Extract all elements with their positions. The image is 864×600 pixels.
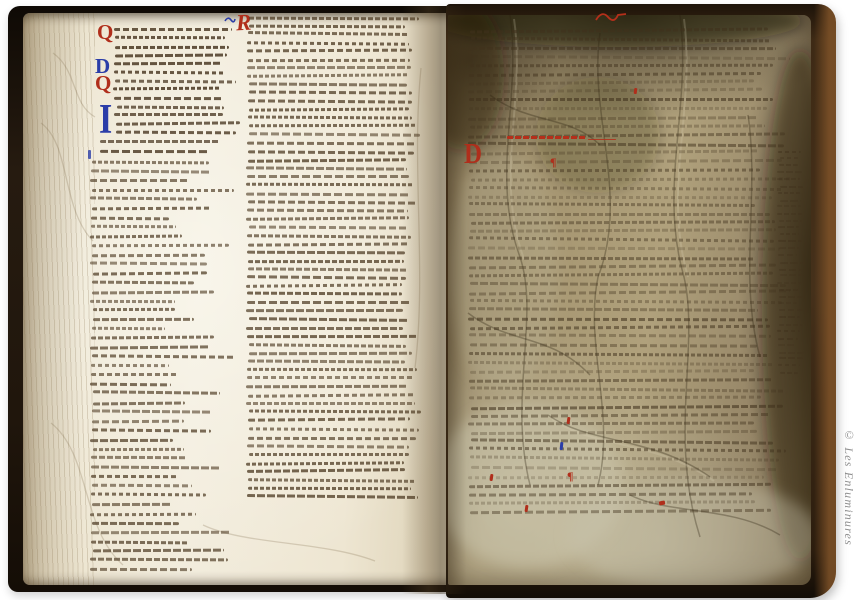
script-line bbox=[247, 234, 411, 238]
script-line bbox=[470, 455, 779, 461]
script-line bbox=[470, 369, 754, 374]
script-line bbox=[115, 53, 227, 57]
script-line bbox=[91, 540, 188, 544]
script-line bbox=[779, 324, 803, 326]
index-initial-4: I bbox=[99, 99, 112, 142]
script-line bbox=[777, 282, 802, 284]
script-line bbox=[469, 213, 770, 216]
script-line bbox=[92, 189, 234, 192]
script-line bbox=[115, 79, 236, 83]
script-line bbox=[777, 205, 801, 207]
script-line bbox=[778, 226, 799, 228]
script-line bbox=[248, 58, 410, 61]
script-line bbox=[469, 289, 790, 295]
script-line bbox=[114, 97, 223, 100]
script-line bbox=[248, 259, 404, 262]
script-line bbox=[246, 385, 407, 388]
dense-column bbox=[246, 15, 418, 505]
script-line bbox=[778, 338, 798, 340]
script-line bbox=[469, 379, 772, 383]
script-line bbox=[777, 213, 802, 215]
script-line bbox=[469, 237, 774, 243]
script-line bbox=[778, 296, 802, 298]
script-line bbox=[469, 395, 761, 399]
script-line bbox=[248, 116, 412, 120]
script-line bbox=[90, 262, 207, 266]
script-line bbox=[780, 157, 800, 159]
script-line bbox=[469, 264, 776, 270]
script-line bbox=[469, 202, 755, 207]
script-line bbox=[248, 159, 406, 163]
script-line bbox=[248, 100, 412, 104]
script-line bbox=[471, 37, 771, 43]
script-line bbox=[248, 393, 416, 397]
paraph-mark-2: ¶ bbox=[567, 470, 573, 482]
hp4-lines bbox=[114, 105, 238, 139]
script-line bbox=[249, 427, 419, 431]
script-line bbox=[249, 107, 409, 111]
script-line bbox=[468, 107, 766, 110]
script-line bbox=[91, 456, 187, 459]
script-line bbox=[246, 461, 404, 465]
script-line bbox=[780, 262, 805, 264]
script-line bbox=[247, 275, 406, 279]
script-line bbox=[469, 492, 752, 496]
script-line bbox=[246, 183, 414, 186]
script-line bbox=[246, 48, 411, 52]
script-line bbox=[470, 299, 782, 304]
script-line bbox=[90, 197, 197, 201]
script-line bbox=[117, 106, 224, 110]
script-line bbox=[114, 113, 223, 116]
script-line bbox=[248, 150, 414, 154]
index-initial-1: Q bbox=[97, 22, 113, 43]
script-line bbox=[247, 368, 417, 371]
script-line bbox=[92, 420, 184, 423]
rubric-line bbox=[507, 136, 587, 139]
script-line bbox=[90, 234, 182, 238]
script-line bbox=[92, 161, 209, 164]
script-line bbox=[247, 41, 409, 45]
script-line bbox=[90, 346, 210, 350]
script-line bbox=[471, 177, 792, 181]
script-line bbox=[92, 354, 236, 358]
script-line bbox=[247, 376, 415, 379]
script-line bbox=[778, 240, 802, 242]
script-line bbox=[248, 200, 416, 204]
script-line bbox=[249, 16, 419, 19]
script-line bbox=[468, 195, 772, 198]
script-line bbox=[468, 272, 772, 278]
script-line bbox=[469, 98, 773, 101]
script-line bbox=[468, 141, 784, 147]
script-line bbox=[112, 87, 220, 91]
script-line bbox=[92, 253, 205, 256]
script-line bbox=[468, 421, 754, 425]
script-line bbox=[248, 418, 410, 422]
script-line bbox=[247, 292, 402, 296]
script-line bbox=[470, 28, 768, 34]
script-line bbox=[471, 413, 770, 418]
hp2-lines bbox=[112, 62, 236, 80]
script-line bbox=[247, 335, 417, 338]
script-line bbox=[470, 64, 773, 67]
script-line bbox=[247, 208, 408, 212]
script-line bbox=[468, 246, 780, 250]
script-line bbox=[92, 206, 211, 209]
script-line bbox=[91, 465, 220, 469]
script-line bbox=[92, 318, 193, 321]
script-line bbox=[778, 364, 800, 366]
script-line bbox=[90, 568, 192, 571]
script-line bbox=[91, 169, 211, 173]
script-line bbox=[248, 267, 407, 271]
script-line bbox=[249, 90, 412, 94]
index-initial-3: Q bbox=[95, 73, 111, 94]
script-line bbox=[779, 351, 804, 353]
script-line bbox=[249, 82, 407, 86]
script-line bbox=[469, 333, 771, 337]
script-line bbox=[115, 36, 225, 39]
script-line bbox=[92, 308, 174, 311]
script-line bbox=[471, 430, 757, 435]
script-line bbox=[249, 453, 409, 456]
script-line bbox=[249, 317, 408, 322]
script-line bbox=[470, 150, 757, 156]
script-line bbox=[468, 360, 773, 365]
script-line bbox=[469, 352, 769, 357]
script-line bbox=[249, 410, 421, 414]
photo-credit: © Les Enluminures bbox=[841, 428, 856, 546]
script-line bbox=[470, 509, 771, 514]
script-line bbox=[246, 192, 411, 195]
script-line bbox=[249, 351, 412, 354]
script-line bbox=[246, 283, 402, 287]
script-line bbox=[779, 289, 800, 291]
script-line bbox=[469, 168, 760, 172]
script-line bbox=[780, 274, 803, 276]
script-line bbox=[777, 178, 800, 180]
script-line bbox=[778, 254, 797, 256]
script-line bbox=[778, 343, 796, 345]
script-line bbox=[90, 300, 175, 303]
script-line bbox=[249, 25, 405, 28]
script-line bbox=[91, 225, 176, 228]
script-line bbox=[247, 175, 409, 178]
script-line bbox=[90, 439, 173, 442]
script-line bbox=[469, 307, 758, 312]
script-line bbox=[247, 66, 411, 69]
script-line bbox=[471, 47, 776, 50]
right-text-block bbox=[468, 28, 790, 520]
script-line bbox=[468, 88, 762, 94]
script-line bbox=[469, 282, 785, 287]
script-line bbox=[92, 402, 184, 406]
script-line bbox=[779, 309, 804, 311]
script-line bbox=[470, 465, 776, 470]
manuscript-photo: R Q D Q I D ¶ ¶ © Les Enluminures bbox=[0, 0, 864, 600]
script-line bbox=[249, 124, 416, 127]
script-line bbox=[779, 247, 799, 249]
script-line bbox=[246, 166, 407, 170]
script-line bbox=[469, 186, 784, 191]
script-line bbox=[246, 402, 415, 405]
script-line bbox=[246, 309, 403, 312]
script-line bbox=[92, 484, 192, 487]
script-line bbox=[470, 404, 782, 409]
script-line bbox=[90, 383, 171, 386]
script-line bbox=[779, 372, 797, 374]
script-line bbox=[92, 243, 229, 246]
script-line bbox=[468, 159, 781, 164]
script-line bbox=[91, 373, 177, 376]
script-line bbox=[113, 62, 221, 66]
script-line bbox=[248, 360, 405, 364]
right-margin-column bbox=[777, 150, 803, 378]
script-line bbox=[247, 141, 415, 145]
script-line bbox=[247, 251, 405, 254]
script-line bbox=[93, 549, 224, 552]
script-line bbox=[247, 301, 410, 304]
script-line bbox=[470, 343, 757, 347]
script-line bbox=[114, 28, 232, 31]
script-line bbox=[247, 444, 409, 448]
script-line bbox=[469, 501, 755, 505]
script-line bbox=[93, 391, 220, 395]
script-line bbox=[248, 242, 410, 246]
index-blue-tick bbox=[88, 150, 91, 159]
script-line bbox=[246, 326, 403, 329]
script-line bbox=[248, 436, 416, 439]
script-line bbox=[779, 302, 797, 304]
script-line bbox=[468, 257, 755, 261]
script-line bbox=[779, 233, 798, 235]
script-line bbox=[779, 199, 800, 201]
script-line bbox=[92, 503, 172, 506]
script-line bbox=[248, 486, 411, 489]
script-line bbox=[469, 483, 771, 488]
script-line bbox=[92, 327, 165, 330]
script-line bbox=[468, 318, 768, 321]
script-line bbox=[470, 386, 785, 392]
hp3-lines bbox=[112, 79, 238, 105]
script-line bbox=[91, 475, 177, 478]
script-line bbox=[114, 71, 226, 75]
script-line bbox=[469, 72, 761, 77]
script-line bbox=[249, 225, 407, 229]
script-line bbox=[778, 192, 802, 194]
script-line bbox=[116, 122, 240, 126]
script-line bbox=[100, 149, 208, 152]
script-line bbox=[779, 357, 803, 359]
script-line bbox=[90, 558, 228, 561]
script-line bbox=[777, 171, 802, 173]
script-line bbox=[90, 493, 205, 497]
script-line bbox=[92, 409, 212, 413]
script-line bbox=[247, 468, 405, 473]
script-line bbox=[469, 447, 786, 453]
script-line bbox=[471, 438, 773, 444]
hp5-lines bbox=[100, 140, 240, 158]
rubric-flourish-icon bbox=[594, 8, 628, 24]
script-line bbox=[92, 290, 214, 294]
script-line bbox=[469, 79, 754, 85]
script-line bbox=[114, 46, 228, 49]
script-line bbox=[777, 329, 800, 331]
script-line bbox=[93, 447, 184, 450]
script-line bbox=[92, 429, 211, 433]
script-line bbox=[92, 522, 179, 525]
script-line bbox=[470, 125, 765, 129]
script-line bbox=[91, 216, 169, 220]
script-line bbox=[90, 513, 196, 516]
hp1-lines bbox=[112, 27, 238, 63]
script-line bbox=[470, 228, 776, 232]
script-line bbox=[248, 478, 416, 482]
script-line bbox=[778, 151, 801, 153]
script-line bbox=[91, 364, 169, 367]
script-line bbox=[91, 336, 214, 340]
script-line bbox=[249, 132, 420, 136]
script-line bbox=[470, 55, 790, 60]
script-line bbox=[100, 140, 220, 143]
script-line bbox=[116, 130, 236, 134]
script-line bbox=[471, 220, 775, 224]
script-line bbox=[247, 74, 409, 78]
script-line bbox=[90, 179, 188, 182]
script-line bbox=[780, 186, 803, 188]
running-title-mark-icon bbox=[224, 15, 236, 24]
script-line bbox=[468, 475, 764, 478]
script-line bbox=[779, 164, 798, 166]
script-line bbox=[92, 272, 206, 276]
script-line bbox=[246, 217, 409, 221]
list-column bbox=[90, 160, 236, 580]
script-line bbox=[249, 343, 406, 347]
script-line bbox=[779, 316, 800, 318]
script-line bbox=[247, 494, 418, 499]
paraph-mark-1: ¶ bbox=[550, 156, 556, 168]
script-line bbox=[779, 220, 802, 222]
script-line bbox=[92, 281, 194, 285]
script-line bbox=[248, 31, 409, 36]
script-line bbox=[470, 324, 770, 329]
script-line bbox=[468, 116, 757, 121]
script-line bbox=[90, 531, 230, 534]
chapter-initial: D bbox=[464, 140, 482, 169]
script-line bbox=[779, 269, 803, 271]
